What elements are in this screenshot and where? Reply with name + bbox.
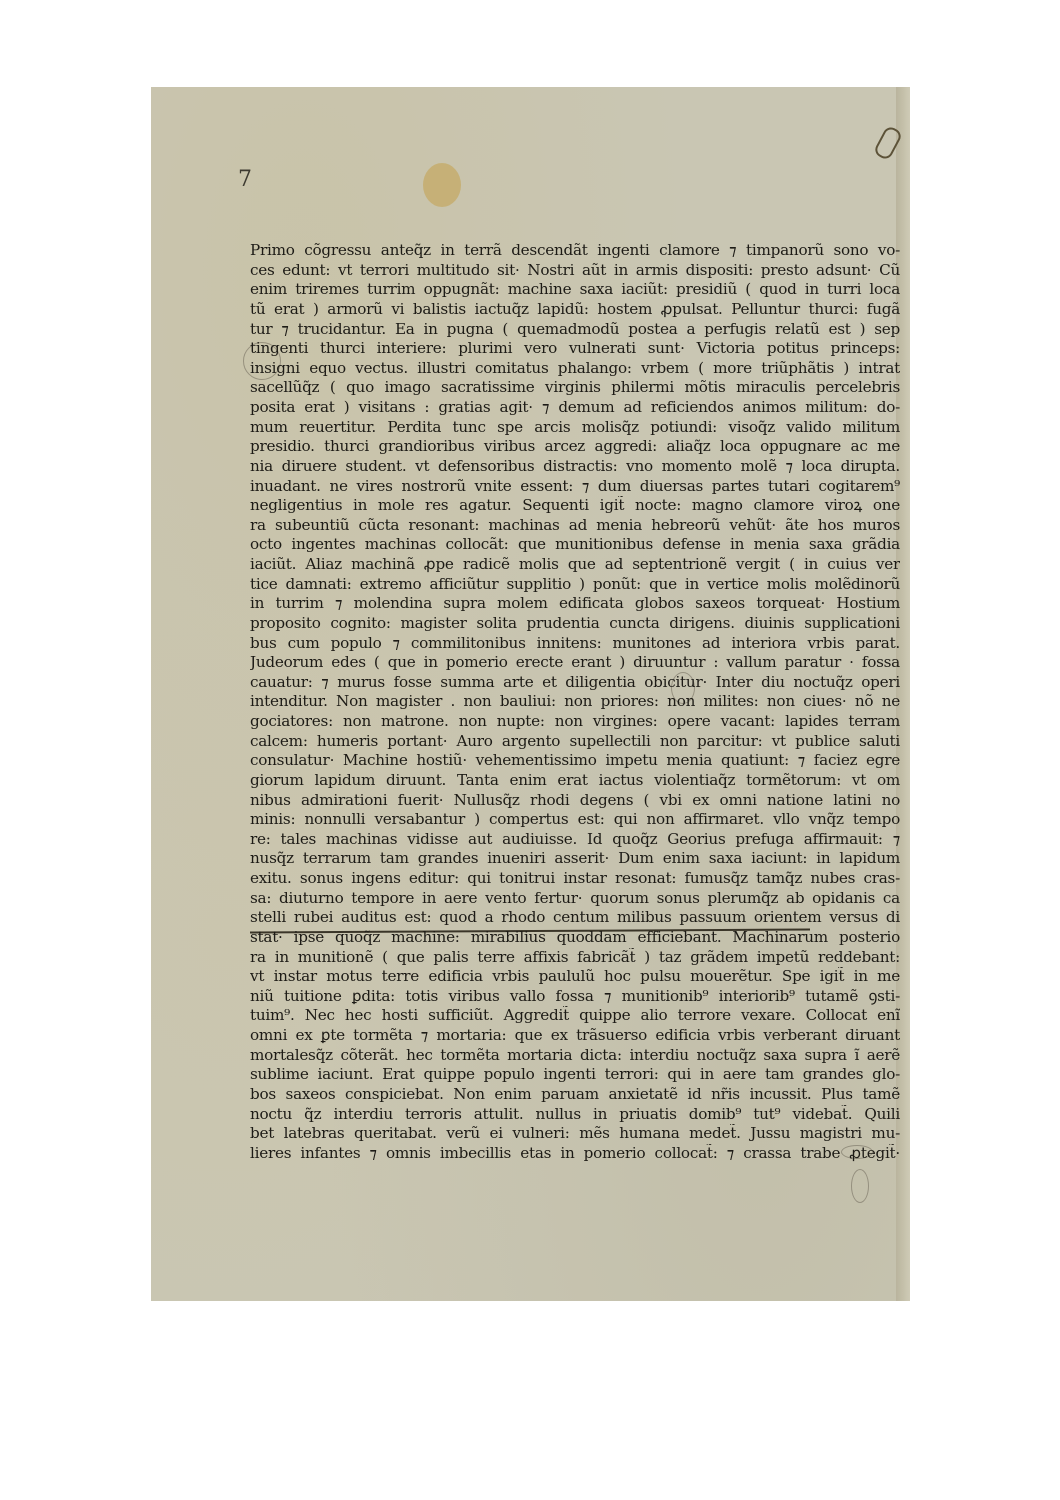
text-line: stelli rubei auditus est: quod a rhodo c… (250, 908, 900, 928)
text-line: bet latebras queritabat. verũ ei vulneri… (250, 1124, 900, 1144)
text-line: calcem: humeris portant· Auro argento su… (250, 732, 900, 752)
text-line: octo ingentes machinas collocãt: que mun… (250, 535, 900, 555)
text-line: sacellũq̃z ( quo imago sacratissime virg… (250, 378, 900, 398)
text-line: tũ erat ) armorũ vi balistis iactuq̃z la… (250, 300, 900, 320)
text-line: posita erat ) visitans : gratias agit· ⁊… (250, 398, 900, 418)
text-line: insigni equo vectus. illustri comitatus … (250, 359, 900, 379)
text-line: bos saxeos conspiciebat. Non enim paruam… (250, 1085, 900, 1105)
text-line: Judeorum edes ( que in pomerio erecte er… (250, 653, 900, 673)
text-line: re: tales machinas vidisse aut audiuisse… (250, 830, 900, 850)
text-line: negligentius in mole res agatur. Sequent… (250, 496, 900, 516)
text-line: tice damnati: extremo afficiũtur supplit… (250, 575, 900, 595)
text-line: vt instar motus terre edificia vrbis pau… (250, 967, 900, 987)
text-line: in turrim ⁊ molendina supra molem edific… (250, 594, 900, 614)
text-line: lieres infantes ⁊ omnis imbecillis etas … (250, 1144, 900, 1164)
text-line: enim triremes turrim oppugnãt: machine s… (250, 280, 900, 300)
text-line: bus cum populo ⁊ commilitonibus innitens… (250, 634, 900, 654)
text-line: Primo cõgressu anteq̃z in terrã descendã… (250, 241, 900, 261)
text-line: sa: diuturno tempore in aere vento fertu… (250, 889, 900, 909)
text-line: niũ tuitione ꝑdita: totis viribus vallo … (250, 987, 900, 1007)
text-line: mum reuertitur. Perdita tunc spe arcis m… (250, 418, 900, 438)
folio-number: 7 (238, 167, 252, 192)
text-line: stat· ipse quoq̃z machine: mirabilius qu… (250, 928, 900, 948)
text-line: omni ex ꝑte tormẽta ⁊ mortaria: que ex t… (250, 1026, 900, 1046)
marginal-annotation-mark (851, 1169, 869, 1203)
text-line: tingenti thurci interiere: plurimi vero … (250, 339, 900, 359)
text-line: nia diruere student. vt defensoribus dis… (250, 457, 900, 477)
text-line: intenditur. Non magister . non bauliui: … (250, 692, 900, 712)
text-line: consulatur· Machine hostiũ· vehementissi… (250, 751, 900, 771)
text-line: presidio. thurci grandioribus viribus ar… (250, 437, 900, 457)
text-line: tuim⁹. Nec hec hosti sufficiũt. Aggredit… (250, 1006, 900, 1026)
text-line: iaciũt. Aliaz machinã ꝓpe radicẽ molis q… (250, 555, 900, 575)
text-line: minis: nonnulli versabantur ) compertus … (250, 810, 900, 830)
text-line: giorum lapidum diruunt. Tanta enim erat … (250, 771, 900, 791)
text-line: sublime iaciunt. Erat quippe populo inge… (250, 1065, 900, 1085)
text-line: proposito cognito: magister solita prude… (250, 614, 900, 634)
ink-stain (423, 163, 461, 207)
text-line: gociatores: non matrone. non nupte: non … (250, 712, 900, 732)
text-line: mortalesq̃z cõterãt. hec tormẽta mortari… (250, 1046, 900, 1066)
text-line: nusq̃z terrarum tam grandes inueniri ass… (250, 849, 900, 869)
text-line: exitu. sonus ingens editur: qui tonitrui… (250, 869, 900, 889)
text-block: Primo cõgressu anteq̃z in terrã descendã… (250, 241, 900, 1163)
text-line: cauatur: ⁊ murus fosse summa arte et dil… (250, 673, 900, 693)
text-line: ra in munitionẽ ( que palis terre affixi… (250, 948, 900, 968)
text-line: noctu q̃z interdiu terroris attulit. nul… (250, 1105, 900, 1125)
text-line: nibus admirationi fuerit· Nullusq̃z rhod… (250, 791, 900, 811)
text-line: inuadant. ne vires nostrorũ vnite essent… (250, 477, 900, 497)
manuscript-page: 7 Primo cõgressu anteq̃z in terrã descen… (151, 87, 910, 1301)
text-line: ra subeuntiũ cũcta resonant: machinas ad… (250, 516, 900, 536)
text-line: ces edunt: vt terrori multitudo sit· Nos… (250, 261, 900, 281)
text-line: tur ⁊ trucidantur. Ea in pugna ( quemadm… (250, 320, 900, 340)
